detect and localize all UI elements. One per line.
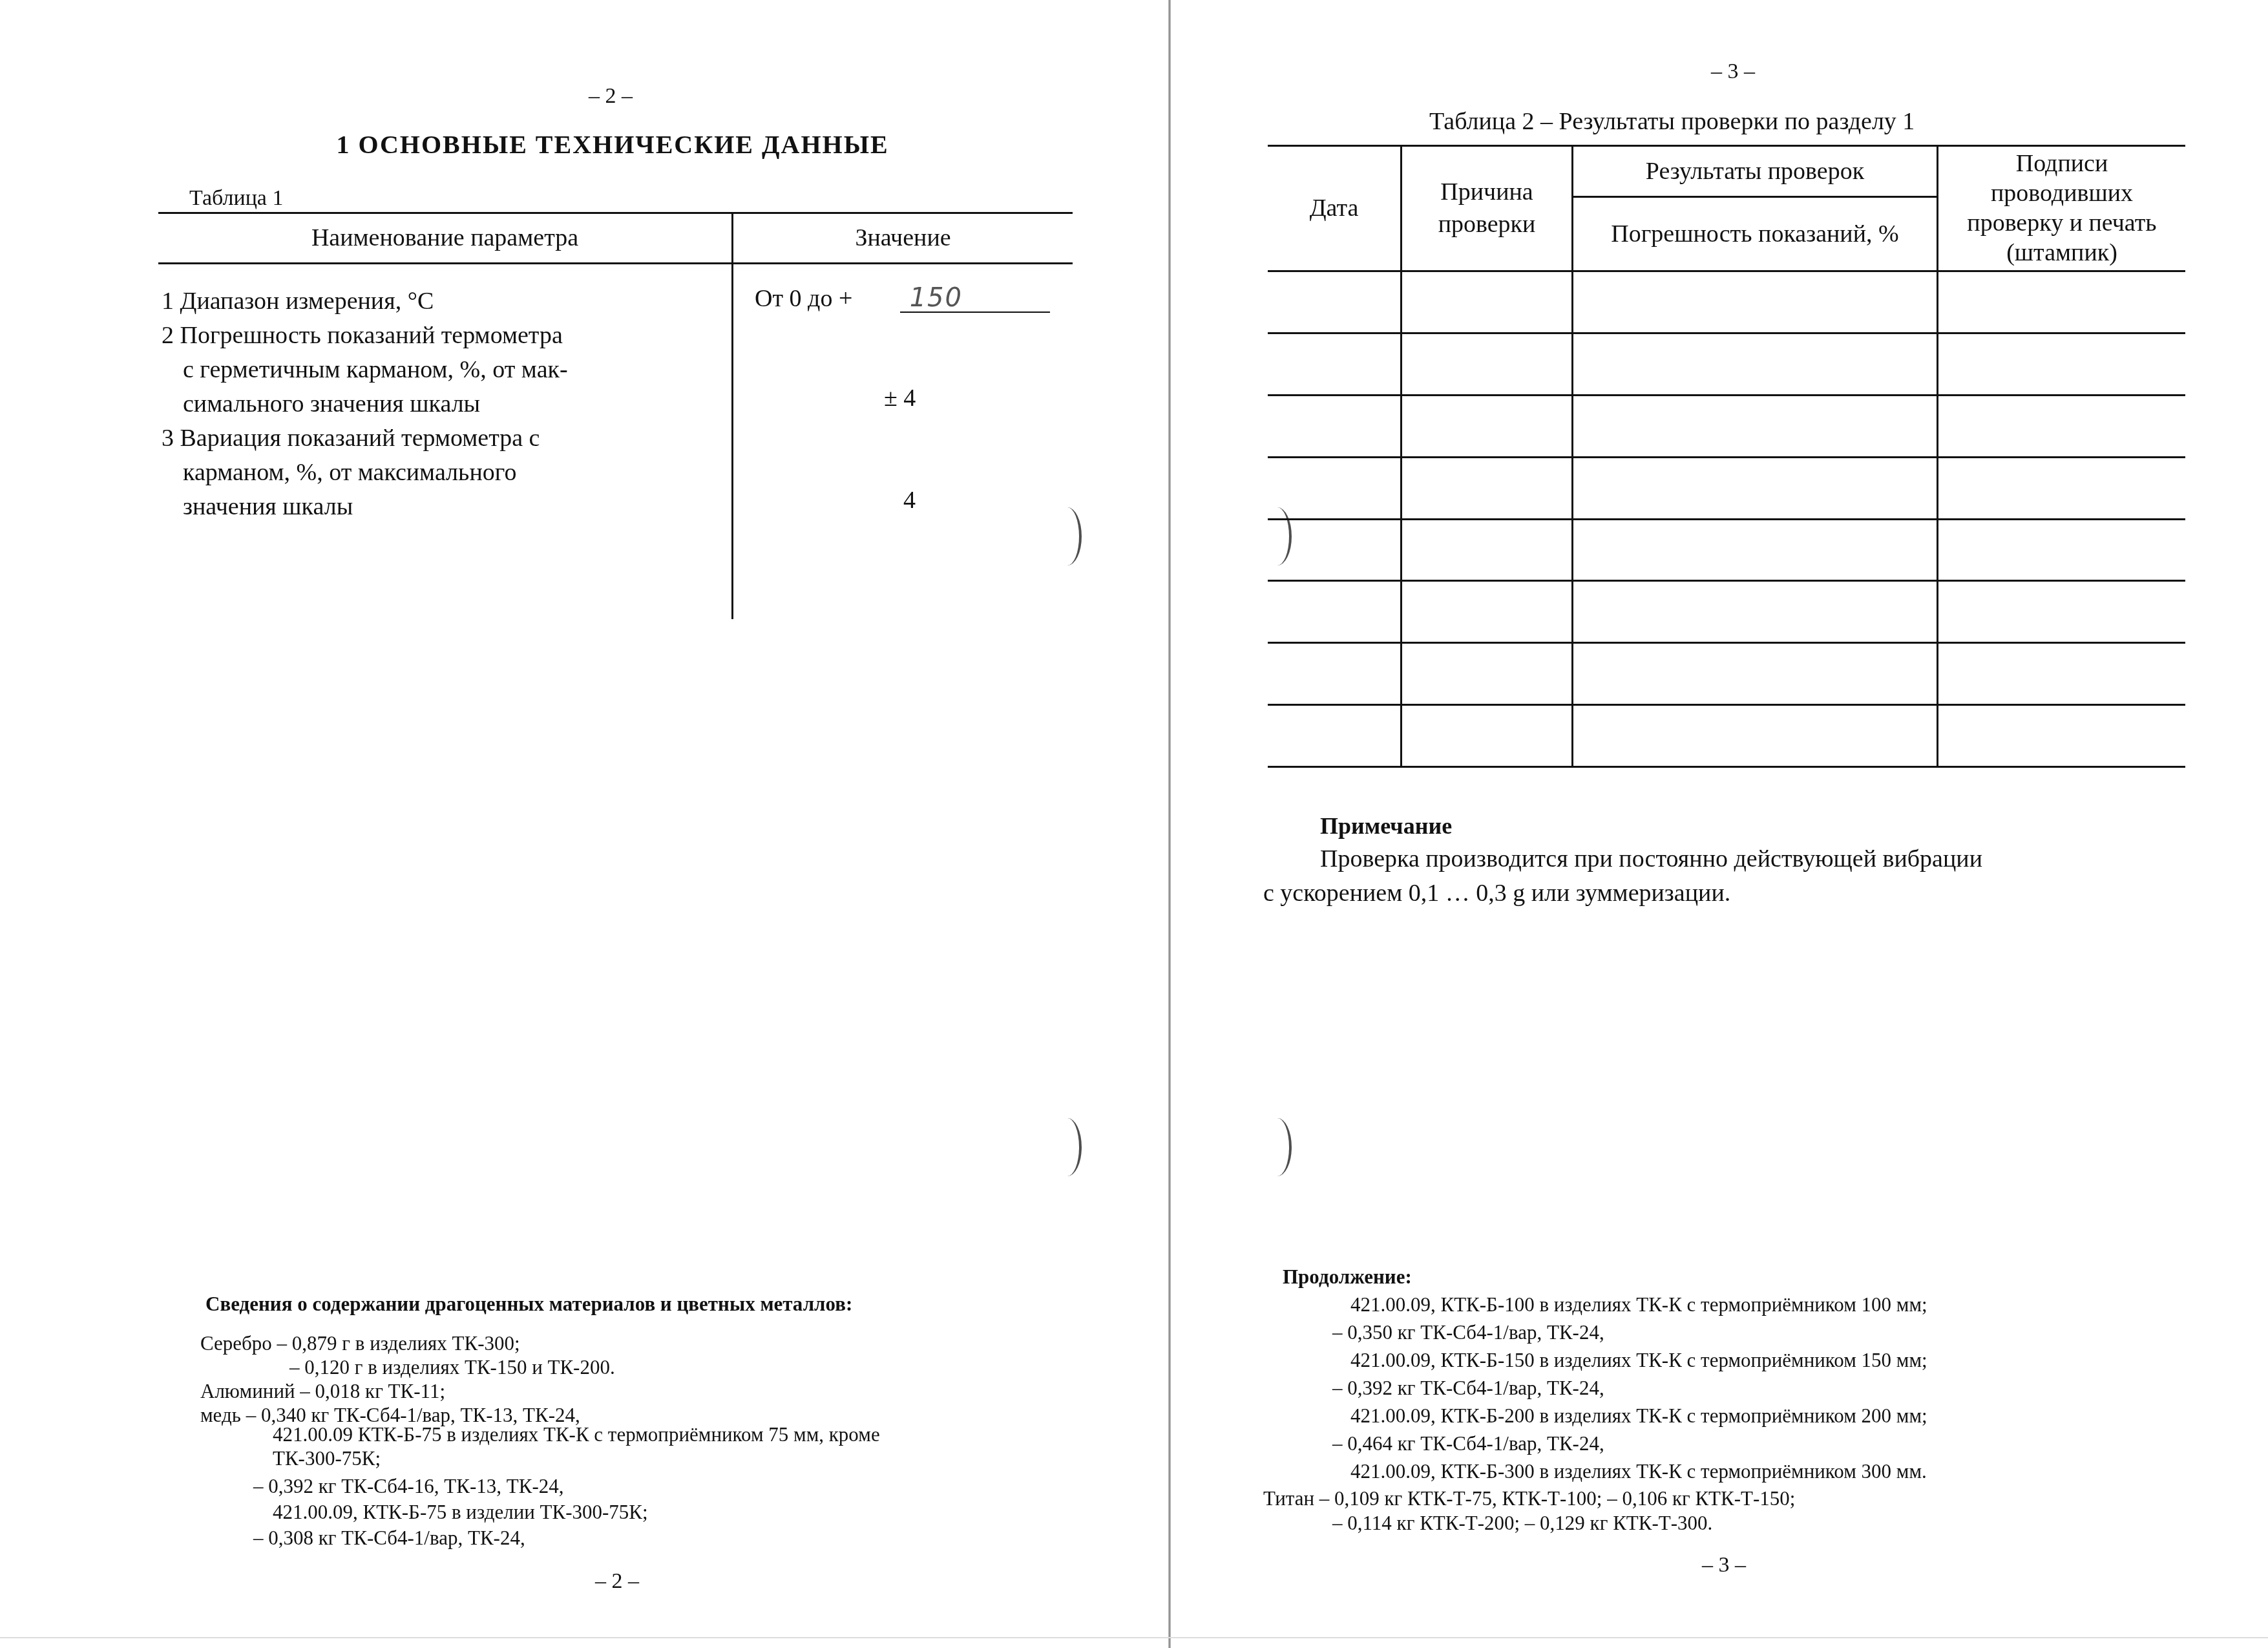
table2-cell-error: [1573, 644, 1937, 704]
table2-cell-reason: [1402, 272, 1571, 332]
continuation-line: 421.00.09, КТК-Б-300 в изделиях ТК-К с т…: [1350, 1457, 1927, 1485]
note-line-2: с ускорением 0,1 … 0,3 g или зуммеризаци…: [1263, 876, 1730, 911]
table2-cell-signature: [1938, 396, 2185, 456]
materials-line: 421.00.09, КТК-Б-75 в изделии ТК-300-75К…: [273, 1498, 648, 1526]
table1-row3-param-l2: карманом, %, от максимального: [183, 456, 516, 490]
table2-cell-reason: [1402, 582, 1571, 642]
note-title: Примечание: [1320, 809, 1452, 843]
table2-cell-date: [1268, 582, 1400, 642]
table2-cell-reason: [1402, 334, 1571, 394]
materials-line: ТК-300-75К;: [273, 1444, 381, 1472]
table2-cell-date: [1268, 396, 1400, 456]
table2-cell-signature: [1938, 644, 2185, 704]
table2-cell-reason: [1402, 644, 1571, 704]
table1-row2-param-l1: 2 Погрешность показаний термометра: [162, 319, 563, 353]
table1-row3-value: 4: [903, 483, 916, 518]
table2-cell-date: [1268, 644, 1400, 704]
table1-row1-value: От 0 до + 150: [755, 281, 1014, 316]
punch-hole-icon: [1263, 1118, 1292, 1176]
table2-cell-reason: [1402, 706, 1571, 766]
table1-caption: Таблица 1: [189, 181, 283, 215]
page-number-top: – 2 –: [589, 84, 633, 109]
punch-hole-icon: [1053, 1118, 1082, 1176]
table2-cell-reason: [1402, 520, 1571, 580]
table2-cell-date: [1268, 458, 1400, 518]
table1-row3-param-l3: значения шкалы: [183, 490, 353, 524]
table2-header-results: Результаты проверок: [1573, 146, 1937, 196]
table2-cell-error: [1573, 706, 1937, 766]
scan-edge: [0, 1637, 2268, 1638]
table2-cell-error: [1573, 582, 1937, 642]
table2-cell-reason: [1402, 458, 1571, 518]
table2-cell-date: [1268, 706, 1400, 766]
handwritten-max-value: 150: [859, 281, 1014, 315]
table2-cell-signature: [1938, 520, 2185, 580]
table2-cell-error: [1573, 334, 1937, 394]
table1-row2-param-l2: с герметичным карманом, %, от мак-: [183, 353, 568, 387]
materials-line: – 0,392 кг ТК-Сб4-16, ТК-13, ТК-24,: [253, 1472, 564, 1500]
continuation-line: – 0,464 кг ТК-Сб4-1/вар, ТК-24,: [1332, 1430, 1604, 1457]
table2-cell-date: [1268, 272, 1400, 332]
table2-cell-signature: [1938, 458, 2185, 518]
table2-cell-date: [1268, 520, 1400, 580]
materials-heading: Сведения о содержании драгоценных матери…: [205, 1290, 852, 1318]
table2-cell-signature: [1938, 272, 2185, 332]
table1-row2-value: ± 4: [884, 381, 916, 416]
continuation-line: – 0,350 кг ТК-Сб4-1/вар, ТК-24,: [1332, 1318, 1604, 1346]
materials-line: – 0,308 кг ТК-Сб4-1/вар, ТК-24,: [253, 1524, 525, 1552]
table1-row1-param: 1 Диапазон измерения, °С: [162, 284, 434, 319]
table2-cell-error: [1573, 272, 1937, 332]
table1-header-value: Значение: [733, 213, 1073, 262]
table2-cell-date: [1268, 334, 1400, 394]
page-number-bottom: – 3 –: [1702, 1553, 1746, 1578]
continuation-line: 421.00.09, КТК-Б-200 в изделиях ТК-К с т…: [1350, 1402, 1927, 1430]
table2-cell-signature: [1938, 334, 2185, 394]
table2-cell-error: [1573, 458, 1937, 518]
continuation-line: – 0,392 кг ТК-Сб4-1/вар, ТК-24,: [1332, 1374, 1604, 1402]
table1-row2-param-l3: симального значения шкалы: [183, 387, 480, 421]
table2-cell-reason: [1402, 396, 1571, 456]
continuation-line: – 0,114 кг КТК-Т-200; – 0,129 кг КТК-Т-3…: [1332, 1509, 1712, 1537]
page-fold: [1168, 0, 1171, 1648]
table1-row3-param-l1: 3 Вариация показаний термометра с: [162, 421, 540, 456]
note-line-1: Проверка производится при постоянно дейс…: [1320, 842, 1982, 876]
table2-cell-signature: [1938, 706, 2185, 766]
table2-header-date: Дата: [1268, 146, 1400, 270]
page-number-top: – 3 –: [1711, 59, 1755, 84]
table2-header-reason: Причина проверки: [1402, 146, 1571, 270]
continuation-line: 421.00.09, КТК-Б-100 в изделиях ТК-К с т…: [1350, 1291, 1927, 1318]
table2-header-signatures: Подписи проводивших проверку и печать (ш…: [1938, 146, 2185, 270]
table2-header-error: Погрешность показаний, %: [1573, 198, 1937, 270]
continuation-line: 421.00.09, КТК-Б-150 в изделиях ТК-К с т…: [1350, 1346, 1927, 1374]
punch-hole-icon: [1053, 507, 1082, 565]
continuation-line: Титан – 0,109 кг КТК-Т-75, КТК-Т-100; – …: [1263, 1484, 1795, 1512]
table2-caption: Таблица 2 – Результаты проверки по разде…: [1429, 105, 1915, 139]
table2-cell-error: [1573, 520, 1937, 580]
section-heading: 1 ОСНОВНЫЕ ТЕХНИЧЕСКИЕ ДАННЫЕ: [336, 129, 888, 160]
page-number-bottom: – 2 –: [595, 1569, 639, 1594]
table2-cell-signature: [1938, 582, 2185, 642]
table1-header-param: Наименование параметра: [158, 213, 731, 262]
continuation-heading: Продолжение:: [1283, 1263, 1412, 1291]
table2-cell-error: [1573, 396, 1937, 456]
